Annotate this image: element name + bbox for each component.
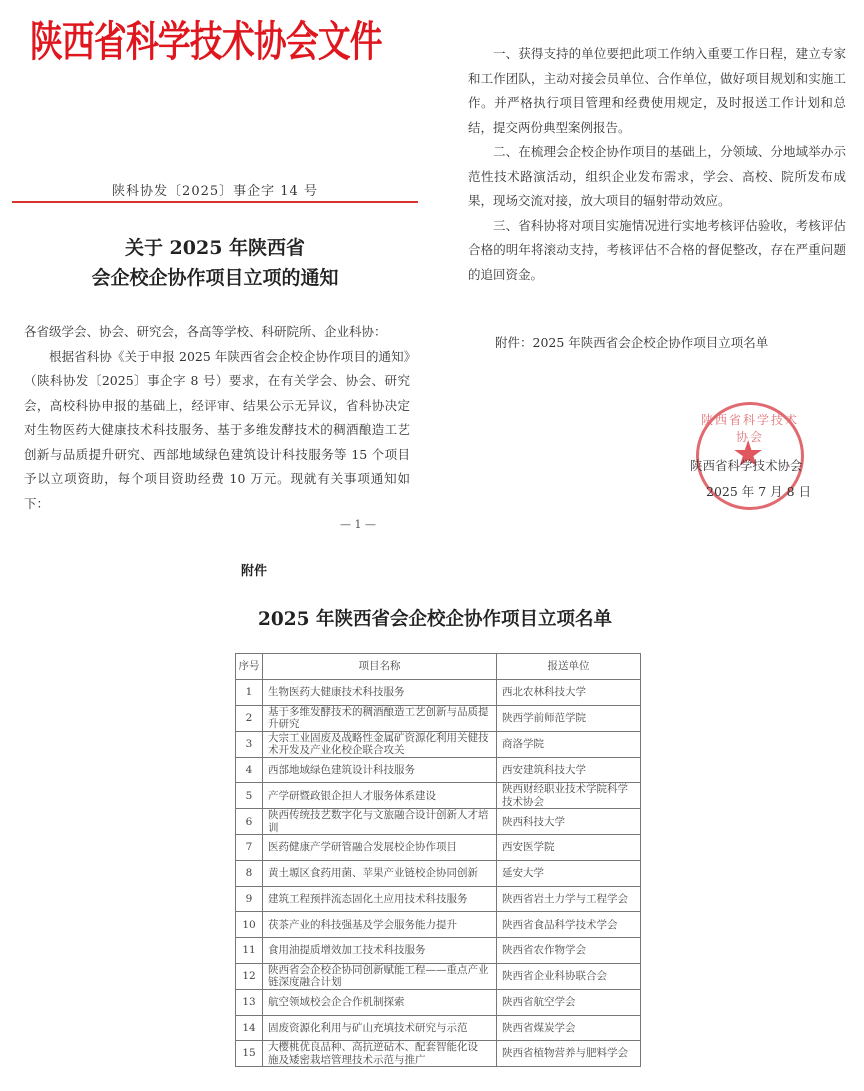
signer: 陕西省科学技术协会 [690, 456, 803, 474]
row-number: 12 [236, 963, 263, 989]
document-number: 陕科协发〔2025〕事企字 14 号 [0, 180, 430, 199]
project-name: 固废资源化利用与矿山充填技术研究与示范 [263, 1015, 497, 1041]
table-row: 11食用油提质增效加工技术科技服务陕西省农作物学会 [236, 938, 641, 964]
notice-title-line2: 会企校企协作项目立项的通知 [0, 263, 430, 290]
project-name: 医药健康产学研管融合发展校企协作项目 [263, 835, 497, 861]
table-row: 2基于多维发酵技术的稠酒酿造工艺创新与品质提升研究陕西学前师范学院 [236, 705, 641, 731]
submitting-unit: 延安大学 [497, 861, 641, 887]
attachment-title: 2025 年陕西省会企校企协作项目立项名单 [225, 605, 645, 631]
table-row: 3大宗工业固废及战略性金属矿资源化利用关健技术开发及产业化校企联合攻关商洛学院 [236, 731, 641, 757]
table-header-row: 序号 项目名称 报送单位 [236, 654, 641, 680]
row-number: 1 [236, 680, 263, 706]
column-header-number: 序号 [236, 654, 263, 680]
row-number: 2 [236, 705, 263, 731]
row-number: 11 [236, 938, 263, 964]
notice-item-1: 一、获得支持的单位要把此项工作纳入重要工作日程，建立专家和工作团队，主动对接会员… [468, 42, 846, 140]
project-name: 黄土塬区食药用菌、苹果产业链校企协同创新 [263, 861, 497, 887]
red-divider-line [12, 201, 418, 203]
project-name: 陕西省会企校企协同创新赋能工程——重点产业链深度融合计划 [263, 963, 497, 989]
table-row: 5产学研暨政银企担人才服务体系建设陕西财经职业技术学院科学技术协会 [236, 783, 641, 809]
project-name: 大樱桃优良品种、高抗逆砧木、配套智能化设 施及矮密栽培管理技术示范与推广 [263, 1041, 497, 1067]
row-number: 5 [236, 783, 263, 809]
project-name: 基于多维发酵技术的稠酒酿造工艺创新与品质提升研究 [263, 705, 497, 731]
attachment-label: 附件 [241, 560, 267, 579]
project-name: 陕西传统技艺数字化与文旅融合设计创新人才培训 [263, 809, 497, 835]
project-name: 西部地域绿色建筑设计科技服务 [263, 757, 497, 783]
table-row: 15大樱桃优良品种、高抗逆砧木、配套智能化设 施及矮密栽培管理技术示范与推广陕西… [236, 1041, 641, 1067]
intro-paragraph: 根据省科协《关于申报 2025 年陕西省会企校企协作项目的通知》（陕科协发〔20… [24, 345, 410, 517]
table-row: 1生物医药大健康技术科技服务西北农林科技大学 [236, 680, 641, 706]
submitting-unit: 陕西省煤炭学会 [497, 1015, 641, 1041]
project-name: 茯茶产业的科技强基及学会服务能力提升 [263, 912, 497, 938]
row-number: 6 [236, 809, 263, 835]
row-number: 10 [236, 912, 263, 938]
sign-date: 2025 年 7 月 8 日 [706, 482, 811, 500]
notice-body-right: 一、获得支持的单位要把此项工作纳入重要工作日程，建立专家和工作团队，主动对接会员… [468, 42, 846, 287]
submitting-unit: 陕西科技大学 [497, 809, 641, 835]
submitting-unit: 西安建筑科技大学 [497, 757, 641, 783]
notice-item-2: 二、在梳理会企校企协作项目的基础上，分领域、分地域举办示范性技术路演活动，组织企… [468, 140, 846, 214]
submitting-unit: 陕西省植物营养与肥料学会 [497, 1041, 641, 1067]
table-row: 8黄土塬区食药用菌、苹果产业链校企协同创新延安大学 [236, 861, 641, 887]
submitting-unit: 陕西省航空学会 [497, 989, 641, 1015]
table-row: 12陕西省会企校企协同创新赋能工程——重点产业链深度融合计划陕西省企业科协联合会 [236, 963, 641, 989]
submitting-unit: 陕西省企业科协联合会 [497, 963, 641, 989]
row-number: 15 [236, 1041, 263, 1067]
column-header-project-name: 项目名称 [263, 654, 497, 680]
notice-title-line1: 关于 2025 年陕西省 [0, 233, 430, 260]
project-name: 大宗工业固废及战略性金属矿资源化利用关健技术开发及产业化校企联合攻关 [263, 731, 497, 757]
notice-item-3: 三、省科协将对项目实施情况进行实地考核评估验收，考核评估合格的明年将滚动支持，考… [468, 214, 846, 288]
submitting-unit: 陕西省食品科学技术学会 [497, 912, 641, 938]
page-number: — 1 — [340, 518, 376, 531]
submitting-unit: 陕西省农作物学会 [497, 938, 641, 964]
row-number: 8 [236, 861, 263, 887]
project-name: 建筑工程预拌流态固化土应用技术科技服务 [263, 886, 497, 912]
project-name: 食用油提质增效加工技术科技服务 [263, 938, 497, 964]
table-row: 9建筑工程预拌流态固化土应用技术科技服务陕西省岩土力学与工程学会 [236, 886, 641, 912]
row-number: 9 [236, 886, 263, 912]
submitting-unit: 陕西省岩土力学与工程学会 [497, 886, 641, 912]
row-number: 3 [236, 731, 263, 757]
table-row: 14固废资源化利用与矿山充填技术研究与示范陕西省煤炭学会 [236, 1015, 641, 1041]
project-name: 生物医药大健康技术科技服务 [263, 680, 497, 706]
submitting-unit: 陕西财经职业技术学院科学技术协会 [497, 783, 641, 809]
row-number: 7 [236, 835, 263, 861]
table-row: 7医药健康产学研管融合发展校企协作项目西安医学院 [236, 835, 641, 861]
table-row: 4西部地域绿色建筑设计科技服务西安建筑科技大学 [236, 757, 641, 783]
project-name: 航空领域校会企合作机制探索 [263, 989, 497, 1015]
project-list-table: 序号 项目名称 报送单位 1生物医药大健康技术科技服务西北农林科技大学 2基于多… [235, 653, 641, 1067]
row-number: 13 [236, 989, 263, 1015]
project-name: 产学研暨政银企担人才服务体系建设 [263, 783, 497, 809]
submitting-unit: 陕西学前师范学院 [497, 705, 641, 731]
table-row: 6陕西传统技艺数字化与文旅融合设计创新人才培训陕西科技大学 [236, 809, 641, 835]
table-row: 13航空领域校会企合作机制探索陕西省航空学会 [236, 989, 641, 1015]
submitting-unit: 西北农林科技大学 [497, 680, 641, 706]
row-number: 14 [236, 1015, 263, 1041]
submitting-unit: 西安医学院 [497, 835, 641, 861]
salutation: 各省级学会、协会、研究会，各高等学校、科研院所、企业科协： [24, 320, 410, 345]
masthead-title: 陕西省科学技术协会文件 [30, 12, 334, 72]
table-row: 10茯茶产业的科技强基及学会服务能力提升陕西省食品科学技术学会 [236, 912, 641, 938]
row-number: 4 [236, 757, 263, 783]
submitting-unit: 商洛学院 [497, 731, 641, 757]
notice-body-left: 各省级学会、协会、研究会，各高等学校、科研院所、企业科协： 根据省科协《关于申报… [24, 320, 410, 516]
column-header-unit: 报送单位 [497, 654, 641, 680]
attachment-note: 附件：2025 年陕西省会企校企协作项目立项名单 [495, 333, 768, 351]
